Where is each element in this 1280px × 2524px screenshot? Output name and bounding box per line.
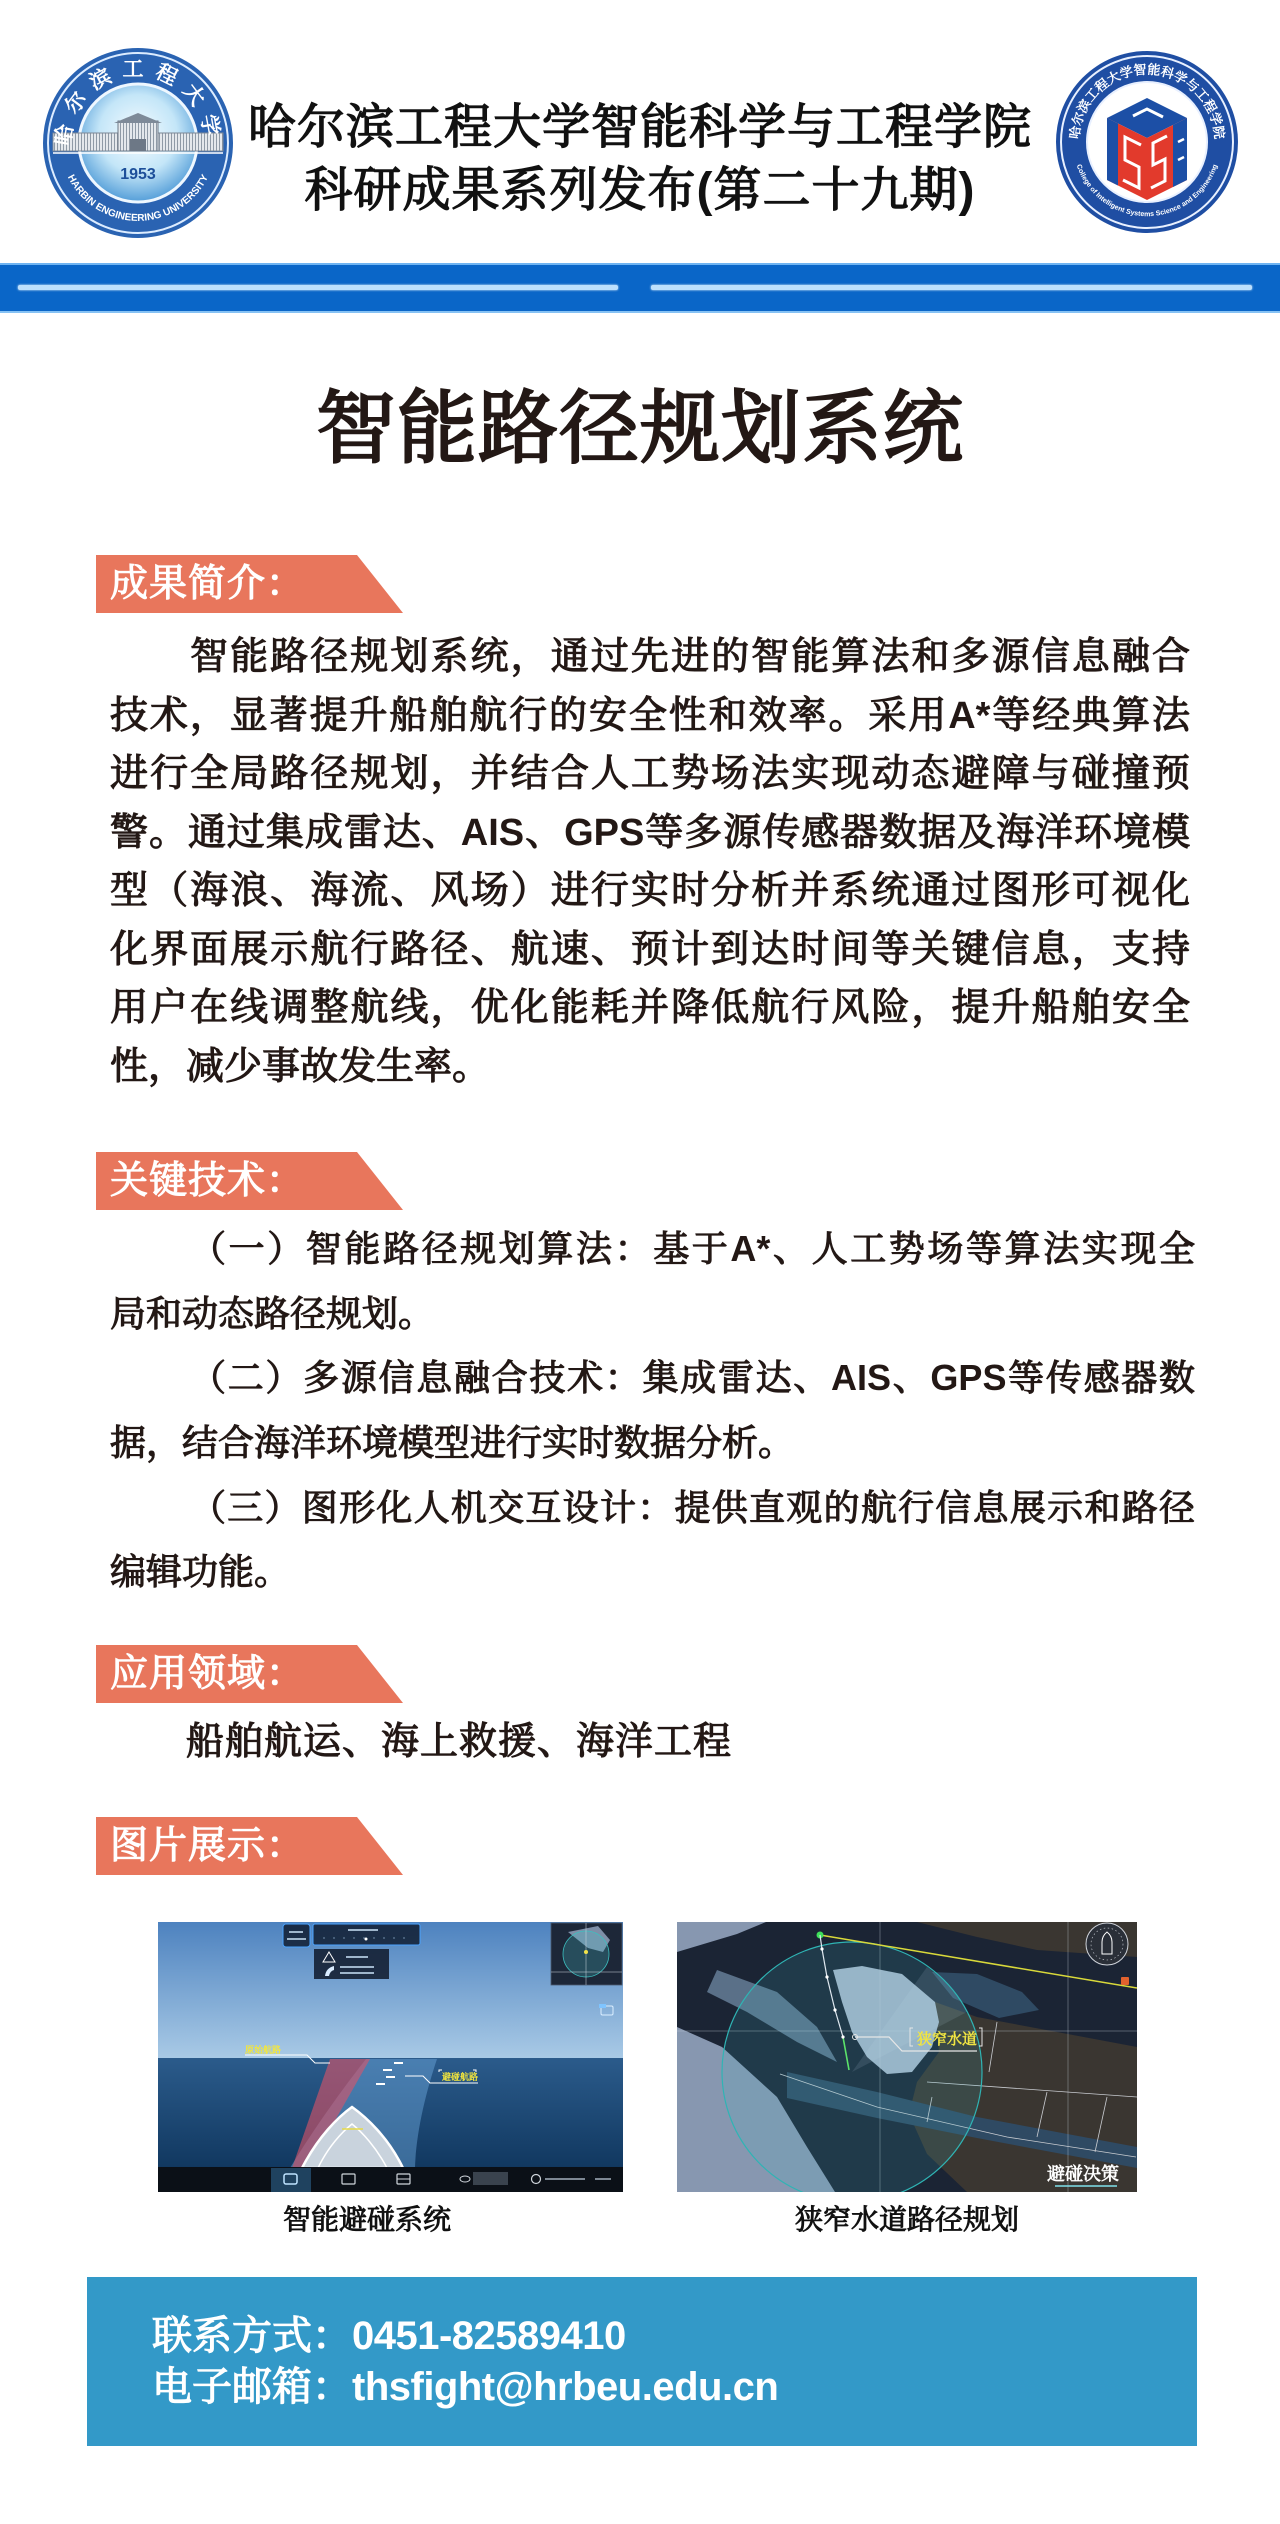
isse-cube-monogram-icon (1107, 98, 1187, 200)
caption-collision-avoidance: 智能避碰系统 (217, 2203, 517, 2237)
collision-avoidance-screenshot: 原始航路 避碰航路 (158, 1922, 623, 2192)
section-tag-label: 应用领域： (110, 1645, 305, 1703)
page-title: 智能路径规划系统 (0, 383, 1280, 475)
narrow-channel-screenshot: 狭窄水道 避碰决策 (677, 1922, 1137, 2192)
summary-line: 警。通过集成雷达、AIS、GPS等多源传感器数据及海洋环境模 (110, 804, 1190, 863)
logo-left-year: 1953 (120, 166, 156, 183)
heu-university-logo: 哈尔滨工程大学 HARBIN ENGINEERING UNIVERSITY 19… (42, 47, 234, 239)
key-tech-item-3-cont: 编辑功能。 (110, 1540, 1195, 1605)
summary-paragraph: 智能路径规划系统，通过先进的智能算法和多源信息融合 技术，显著提升船舶航行的安全… (110, 628, 1190, 1096)
minimap (551, 1923, 622, 1985)
contact-email-row: 电子邮箱：thsfight@hrbeu.edu.cn (152, 2362, 778, 2413)
bottom-toolbar (158, 2167, 623, 2192)
summary-line: 用户在线调整航线，优化能耗并降低航行风险，提升船舶安全 (110, 979, 1190, 1038)
key-tech-item-3: （三）图形化人机交互设计：提供直观的航行信息展示和路径 (110, 1476, 1195, 1541)
hud-alert-panel (314, 1949, 389, 1979)
section-tag-key-tech: 关键技术： (96, 1152, 403, 1210)
compass-icon (1086, 1923, 1128, 1965)
key-tech-item-2-cont: 据，结合海洋环境模型进行实时数据分析。 (110, 1411, 1195, 1476)
email-label: 电子邮箱： (152, 2365, 352, 2409)
caption-narrow-channel: 狭窄水道路径规划 (757, 2203, 1057, 2237)
summary-line: 化界面展示航行路径、航速、预计到达时间等关键信息，支持 (110, 921, 1190, 980)
header-divider-band (0, 263, 1280, 313)
key-tech-item-1: （一）智能路径规划算法：基于A*、人工势场等算法实现全 (110, 1217, 1195, 1282)
view-selector (473, 2172, 508, 2185)
key-tech-list: （一）智能路径规划算法：基于A*、人工势场等算法实现全 局和动态路径规划。 （二… (110, 1217, 1195, 1605)
svg-text:原始航路: 原始航路 (245, 2044, 281, 2055)
hud-speed-panel (283, 1924, 310, 1947)
summary-line: 技术，显著提升船舶航行的安全性和效率。采用A*等经典算法 (110, 687, 1190, 746)
key-tech-item-1-cont: 局和动态路径规划。 (110, 1282, 1195, 1347)
summary-line: 性，减少事故发生率。 (110, 1038, 1190, 1097)
alert-marker-icon (1121, 1977, 1129, 1985)
phone-label: 联系方式： (152, 2314, 352, 2358)
isse-college-logo: 哈尔滨工程大学智能科学与工程学院 College of Intelligent … (1055, 50, 1239, 234)
section-tag-label: 关键技术： (110, 1152, 305, 1210)
band-line-right (651, 285, 1252, 290)
summary-line: 智能路径规划系统，通过先进的智能算法和多源信息融合 (110, 628, 1190, 687)
header-title-line1: 哈尔滨工程大学智能科学与工程学院 (240, 100, 1040, 156)
section-tag-label: 成果简介： (110, 555, 305, 613)
header-title-line2: 科研成果系列发布(第二十九期) (240, 163, 1040, 219)
contact-box: 联系方式：0451-82589410 电子邮箱：thsfight@hrbeu.e… (87, 2277, 1197, 2446)
phone-number: 0451-82589410 (352, 2314, 626, 2358)
section-tag-summary: 成果简介： (96, 555, 403, 613)
contact-phone-row: 联系方式：0451-82589410 (152, 2311, 626, 2362)
detection-range-circle (722, 1942, 982, 2192)
isse-logo-emblem-icon: 哈尔滨工程大学智能科学与工程学院 College of Intelligent … (1055, 50, 1239, 234)
key-tech-item-2: （二）多源信息融合技术：集成雷达、AIS、GPS等传感器数 (110, 1346, 1195, 1411)
section-tag-label: 图片展示： (110, 1817, 305, 1875)
narrow-channel-chart: 狭窄水道 避碰决策 (677, 1922, 1137, 2192)
applications-text: 船舶航运、海上救援、海洋工程 (186, 1713, 732, 1771)
svg-text:狭窄水道: 狭窄水道 (916, 2030, 977, 2048)
hud-heading-panel (313, 1924, 420, 1945)
svg-text:避碰航路: 避碰航路 (441, 2071, 478, 2082)
heu-logo-emblem-icon: 哈尔滨工程大学 HARBIN ENGINEERING UNIVERSITY 19… (42, 47, 234, 239)
collision-avoidance-scene: 原始航路 避碰航路 (158, 1922, 623, 2192)
email-address: thsfight@hrbeu.edu.cn (352, 2365, 778, 2409)
section-tag-gallery: 图片展示： (96, 1817, 403, 1875)
band-line-left (18, 285, 618, 290)
decision-label: 避碰决策 (1047, 2163, 1119, 2186)
section-tag-applications: 应用领域： (96, 1645, 403, 1703)
summary-line: 型（海浪、海流、风场）进行实时分析并系统通过图形可视化 (110, 862, 1190, 921)
summary-line: 进行全局路径规划，并结合人工势场法实现动态避障与碰撞预 (110, 745, 1190, 804)
svg-text:避碰决策: 避碰决策 (1047, 2163, 1119, 2184)
